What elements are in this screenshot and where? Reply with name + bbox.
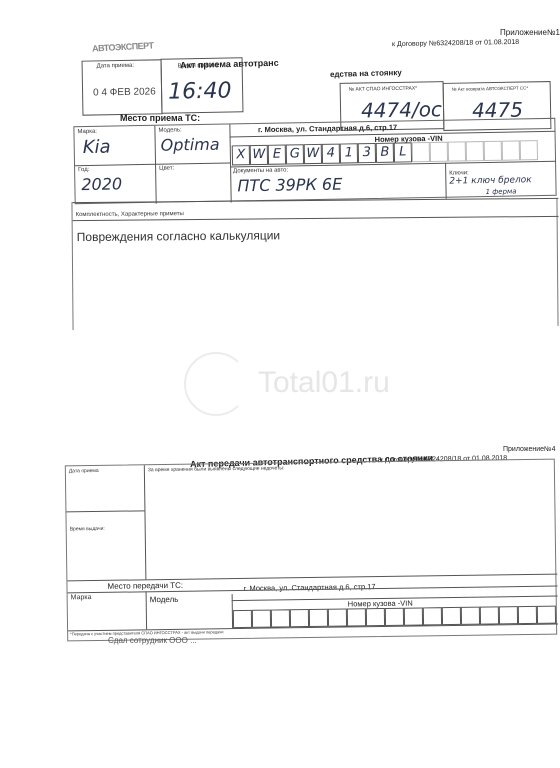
annex-title: Приложение№1 <box>500 28 560 37</box>
vin-char-cell: X <box>232 145 250 165</box>
release-table: Дата приема За время хранения были выявл… <box>65 459 557 642</box>
time-value: 16:40 <box>168 78 232 104</box>
vin-char-cell <box>499 606 518 624</box>
date-label: Дата приема: <box>97 63 134 70</box>
vin-char-cell <box>309 609 328 627</box>
docs-value: ПТС 39РК 6Е <box>237 175 342 196</box>
annex-title-2: Приложение№4 <box>503 446 555 453</box>
features-label: Комплектность, Характерные приметы <box>76 211 184 218</box>
vin-char-cell: E <box>268 145 286 165</box>
vin-char-cell: B <box>376 143 394 163</box>
year-label: Год: <box>78 167 89 173</box>
vin-char-cell <box>366 608 385 626</box>
vin-char-cell <box>233 610 252 628</box>
vin-char-cell <box>448 141 466 161</box>
act-ingos-value: 4474/ос <box>361 97 442 122</box>
watermark-text: Total01.ru <box>258 366 390 400</box>
vin-char-cell <box>290 609 309 627</box>
vin-char-cell <box>412 142 430 162</box>
time-label-2: Время выдачи: <box>70 526 105 532</box>
date-label-2: Дата приема <box>69 468 99 474</box>
vin-char-cell: W <box>304 144 322 164</box>
act-auto-label: № Акт возврата АВТОЭКСПЕРТ СС* <box>452 85 528 91</box>
model-label-2: Модель <box>150 595 179 604</box>
keys-value: 2+1 ключ брелок <box>449 175 531 186</box>
vin-char-cell <box>423 607 442 625</box>
vin-char-cell <box>518 606 537 624</box>
logo: АВТОЭКСПЕРТ <box>92 40 154 53</box>
vin-char-cell <box>466 141 484 161</box>
storage-note: За время хранения были выявлены следующи… <box>148 465 285 473</box>
doc-title-right: едства на стоянку <box>330 68 402 79</box>
vin-char-cell <box>252 610 271 628</box>
time-label: Время приема <box>178 63 219 70</box>
vin-char-cell <box>404 607 423 625</box>
vin-char-cell <box>480 606 499 624</box>
features-box: Комплектность, Характерные приметы Повре… <box>71 198 558 330</box>
time-box: Время приема 16:40 <box>161 57 244 113</box>
model-label: Модель: <box>158 127 181 133</box>
docs-label: Документы на авто: <box>233 167 288 174</box>
act-ingos-label: № АКТ СПАО ИНГОССТРАХ* <box>349 86 418 93</box>
signature-line: Сдал сотрудник ООО ... <box>108 636 197 645</box>
vin-char-cell <box>385 608 404 626</box>
vehicle-table: Марка: Kia Модель: Optima Год: 2020 Цвет… <box>73 118 556 204</box>
model-value: Optima <box>161 135 220 155</box>
vin-char-cell <box>461 607 480 625</box>
vin-char-cell: G <box>286 144 304 164</box>
brand-value: Kia <box>83 137 111 158</box>
vin-char-cell: 3 <box>358 143 376 163</box>
vin-char-cell: 1 <box>340 143 358 163</box>
vin-char-cell <box>502 140 520 160</box>
brand-label: Марка: <box>77 129 97 135</box>
vin-char-cell <box>430 142 448 162</box>
vin-char-cell <box>347 608 366 626</box>
vin-char-cell <box>271 609 290 627</box>
vin-char-cell <box>537 606 556 624</box>
place-label-2: Место передачи ТС: <box>107 581 183 591</box>
vin-char-cell: L <box>394 142 412 162</box>
color-label: Цвет: <box>159 165 174 171</box>
date-box: Дата приема: 0 4 ФЕВ 2026 <box>82 59 163 115</box>
vin-char-cell <box>442 607 461 625</box>
vin-char-cell <box>484 141 502 161</box>
vin-char-cell <box>328 609 347 627</box>
keys-value-2: 1 ферма <box>485 187 516 196</box>
date-stamp: 0 4 ФЕВ 2026 <box>93 86 156 98</box>
brand-label-2: Марка <box>71 594 92 601</box>
year-value: 2020 <box>81 174 122 194</box>
contract-ref: к Договору №6324208/18 от 01.08.2018 <box>392 39 519 48</box>
vin-char-cell: 4 <box>322 144 340 164</box>
place-label: Место приема ТС: <box>120 113 200 123</box>
vin-char-cell: W <box>250 145 268 165</box>
features-value: Повреждения согласно калькуляции <box>77 228 280 244</box>
watermark-logo-icon <box>184 352 248 416</box>
vin-char-cell <box>520 140 538 160</box>
